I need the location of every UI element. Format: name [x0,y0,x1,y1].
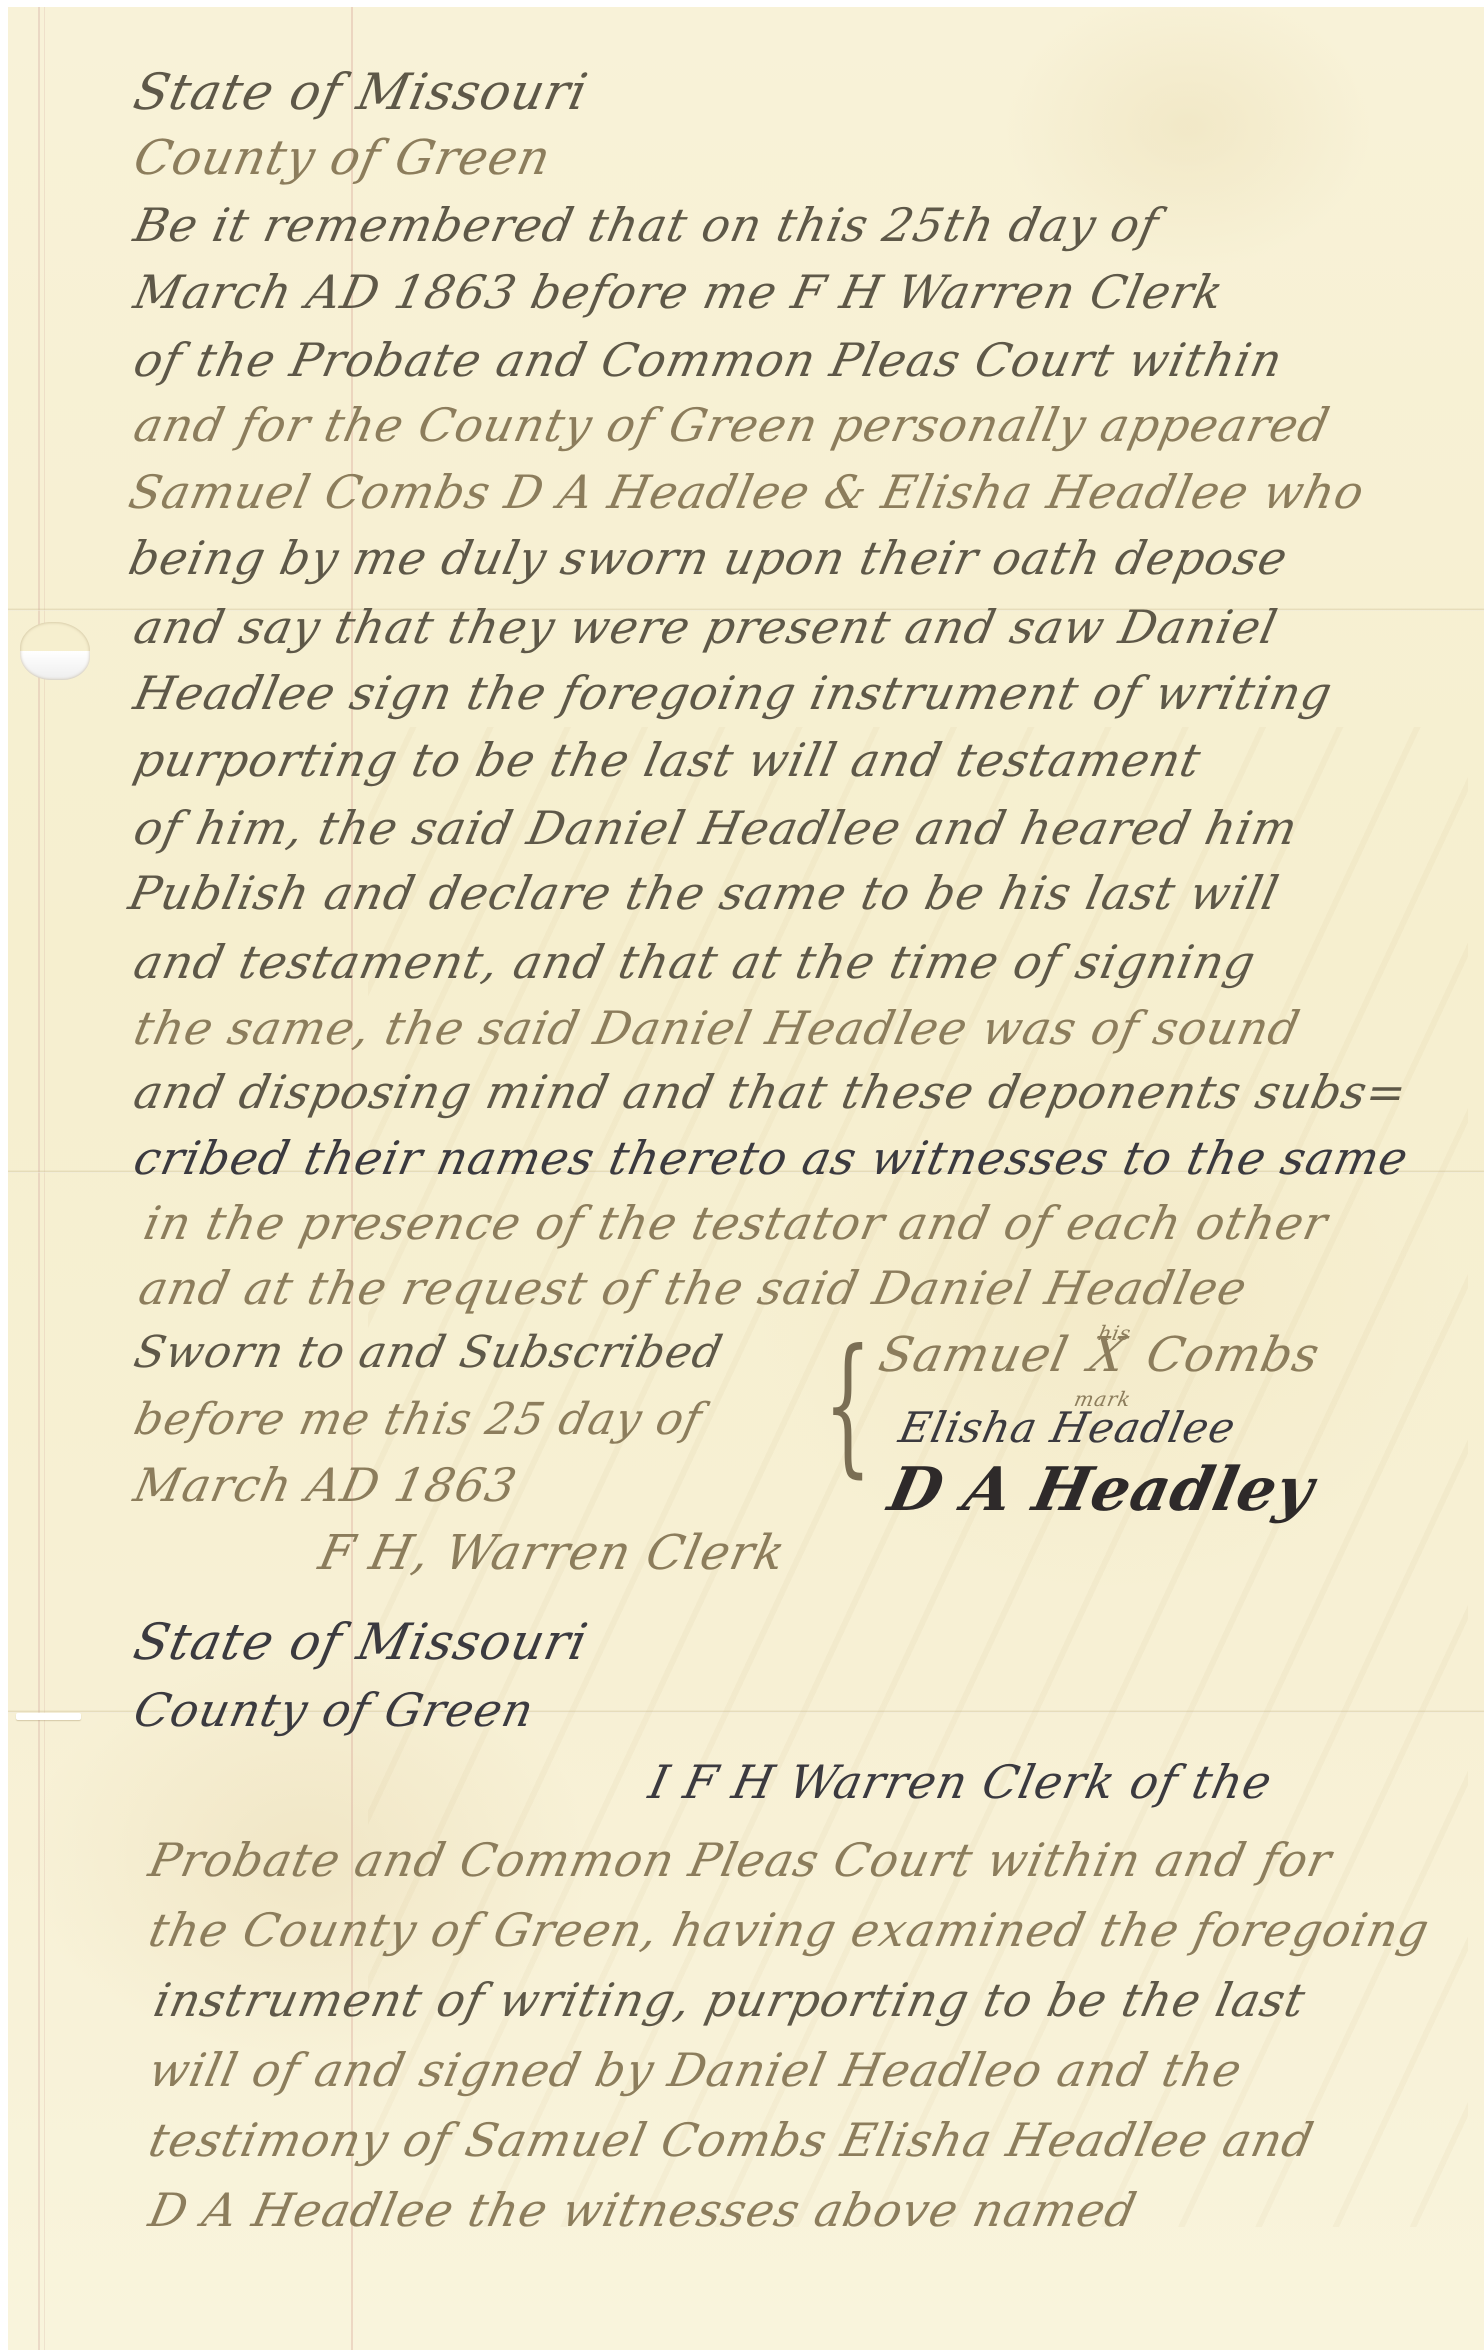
jurat-line: Sworn to and Subscribed [129,1323,729,1383]
paper-tear [16,1713,81,1720]
jurat-line: March AD 1863 [129,1455,523,1515]
body-line: instrument of writing, purporting to be … [149,1970,1312,2030]
body-line: Publish and declare the same to be his l… [124,863,1285,923]
signature-elisha-headlee: Elisha Headlee [894,1398,1242,1458]
body-line: the County of Green, having examined the… [144,1900,1435,1960]
signature-samuel-combs: Samuel his X mark Combs [874,1325,1326,1385]
body-line: of the Probate and Common Pleas Court wi… [129,330,1289,390]
section2-heading-county: County of Green [129,1680,540,1740]
body-line: D A Headlee the witnesses above named [144,2180,1143,2240]
section1-heading-state: State of Missouri [129,62,594,122]
body-line: and at the request of the said Daniel He… [134,1258,1253,1318]
jurat-line: before me this 25 day of [129,1390,708,1450]
body-line: testimony of Samuel Combs Elisha Headlee… [144,2110,1320,2170]
body-line: in the presence of the testator and of e… [139,1193,1334,1253]
body-line: and say that they were present and saw D… [129,597,1283,657]
signature-samuel-first: Samuel [874,1327,1074,1383]
signature-da-headley: D A Headley [884,1460,1320,1520]
ruled-margin-line [44,7,45,2350]
body-line: will of and signed by Daniel Headleo and… [144,2040,1248,2100]
body-line: and for the County of Green personally a… [129,395,1336,455]
body-line: being by me duly sworn upon their oath d… [124,528,1294,588]
body-line: and disposing mind and that these depone… [129,1062,1413,1122]
body-line: Samuel Combs D A Headlee & Elisha Headle… [124,462,1371,522]
clerk-signature: F H, Warren Clerk [314,1523,791,1583]
section2-heading-state: State of Missouri [129,1612,594,1672]
ruled-margin-line [38,7,40,2350]
body-line: Probate and Common Pleas Court within an… [144,1830,1338,1890]
body-line: and testament, and that at the time of s… [129,932,1262,992]
brace-symbol: { [824,1330,872,1480]
body-line: cribed their names thereto as witnesses … [129,1128,1414,1188]
body-line: March AD 1863 before me F H Warren Clerk [129,262,1230,322]
signature-mark: his X mark [1084,1325,1132,1385]
signature-samuel-last: Combs [1141,1327,1324,1383]
body-line: of him, the said Daniel Headlee and hear… [129,798,1304,858]
body-line: I F H Warren Clerk of the [644,1752,1278,1812]
body-line: Be it remembered that on this 25th day o… [129,195,1165,255]
section1-heading-county: County of Green [129,128,557,188]
body-line: the same, the said Daniel Headlee was of… [129,998,1306,1058]
body-line: purporting to be the last will and testa… [129,730,1207,790]
torn-hole [20,622,90,680]
body-line: Headlee sign the foregoing instrument of… [129,663,1339,723]
